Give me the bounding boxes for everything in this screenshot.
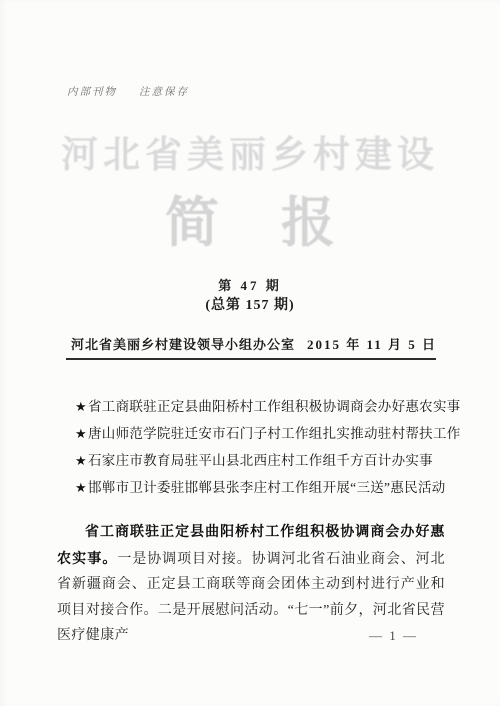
highlight-item: ★石家庄市教育局驻平山县北西庄村工作组千方百计办实事 [75, 447, 456, 474]
star-icon: ★ [75, 399, 87, 414]
header-rule [66, 358, 436, 360]
issue-number: 第 47 期 [0, 275, 500, 294]
classification-note-right: 注意保存 [139, 84, 189, 99]
highlight-item: ★省工商联驻正定县曲阳桥村工作组积极协调商会办好惠农实事 [75, 393, 456, 420]
highlight-item-text: 邯郸市卫计委驻邯郸县张李庄村工作组开展“三送”惠民活动 [88, 480, 446, 495]
star-icon: ★ [75, 480, 87, 495]
highlights-list: ★省工商联驻正定县曲阳桥村工作组积极协调商会办好惠农实事 ★唐山师范学院驻迁安市… [75, 393, 456, 501]
publisher-office: 河北省美丽乡村建设领导小组办公室 [71, 334, 295, 353]
highlight-item: ★唐山师范学院驻迁安市石门子村工作组扎实推动驻村帮扶工作 [75, 420, 456, 447]
masthead-title: 河北省美丽乡村建设 [0, 124, 500, 178]
highlight-item-text: 石家庄市教育局驻平山县北西庄村工作组千方百计办实事 [88, 453, 433, 468]
masthead-subtitle-char-1: 简 [165, 180, 219, 257]
star-icon: ★ [75, 426, 87, 441]
masthead-subtitle: 简 报 [0, 180, 500, 257]
star-icon: ★ [75, 453, 87, 468]
page-number: — 1 — [369, 628, 418, 644]
highlight-item-text: 唐山师范学院驻迁安市石门子村工作组扎实推动驻村帮扶工作 [88, 426, 461, 441]
document-page: 内部刊物 注意保存 河北省美丽乡村建设 简 报 第 47 期 (总第 157 期… [0, 0, 500, 706]
highlight-item-text: 省工商联驻正定县曲阳桥村工作组积极协调商会办好惠农实事 [88, 399, 461, 414]
publish-date: 2015 年 11 月 5 日 [307, 334, 437, 353]
masthead-subtitle-char-2: 报 [281, 180, 335, 257]
classification-note: 内部刊物 注意保存 [67, 84, 189, 99]
issue-total-number: (总第 157 期) [0, 294, 500, 314]
publisher-row: 河北省美丽乡村建设领导小组办公室 2015 年 11 月 5 日 [71, 334, 437, 353]
classification-note-left: 内部刊物 [67, 84, 117, 99]
highlight-item: ★邯郸市卫计委驻邯郸县张李庄村工作组开展“三送”惠民活动 [75, 474, 456, 501]
